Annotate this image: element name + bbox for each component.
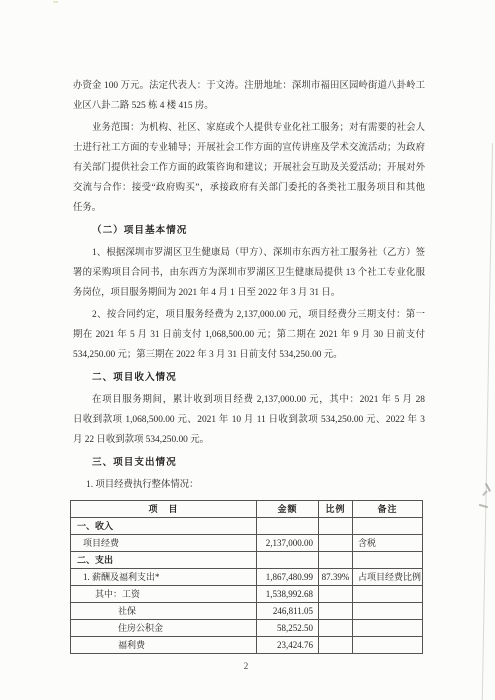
item-cell: 其中：工资	[71, 586, 257, 603]
item-cell: 福利费	[71, 637, 257, 654]
note-cell	[353, 552, 423, 569]
item-cell: 一、收入	[71, 518, 257, 535]
amount-cell: 246,811.05	[257, 603, 319, 620]
text-line: 有关部门提供社会工作方面的政策咨询和建议；开展社会互助及关爱活动；开展对外	[73, 158, 425, 178]
pen-mark-icon	[479, 504, 488, 508]
ratio-cell	[319, 586, 353, 603]
text-line: 业区八卦二路 525 栋 4 楼 415 房。	[73, 96, 425, 116]
note-cell	[353, 620, 423, 637]
item-cell: 住房公积金	[71, 620, 257, 637]
item-cell: 项目经费	[71, 535, 257, 552]
text-line: 日收到款项 1,068,500.00 元、2021 年 10 月 11 日收到款…	[73, 410, 425, 430]
text-line: 任务。	[73, 198, 425, 218]
scan-edge-line	[482, 143, 493, 700]
text-line: 月 22 日收到款项 534,250.00 元。	[73, 430, 425, 450]
item-cell: 社保	[71, 603, 257, 620]
amount-cell: 23,424.76	[257, 637, 319, 654]
amount-cell: 1,538,992.68	[257, 586, 319, 603]
note-cell	[353, 603, 423, 620]
text-line: 署的采购项目合同书，由东西方为深圳市罗湖区卫生健康局提供 13 个社工专业化服	[73, 263, 425, 283]
expenditure-table-wrap: 项 目金额比例备注一、收入项目经费2,137,000.00含税二、支出1. 薪酬…	[70, 500, 425, 654]
ratio-cell	[319, 637, 353, 654]
ratio-cell	[319, 620, 353, 637]
table-row: 社保246,811.05	[71, 603, 423, 620]
text-line: 在项目服务期间，累计收到项目经费 2,137,000.00 元，其中：2021 …	[73, 390, 425, 410]
table-row: 福利费23,424.76	[71, 637, 423, 654]
para-capital-address: 办资金 100 万元。法定代表人：于文涛。注册地址：深圳市福田区园岭街道八卦岭工…	[73, 76, 425, 116]
amount-cell	[257, 552, 319, 569]
table-row: 项目经费2,137,000.00含税	[71, 535, 423, 552]
item-cell: 二、支出	[71, 552, 257, 569]
text-line: 办资金 100 万元。法定代表人：于文涛。注册地址：深圳市福田区园岭街道八卦岭工	[73, 76, 425, 96]
table-row: 1. 薪酬及福利支出*1,867,480.9987.39%占项目经费比例	[71, 569, 423, 586]
table-header-cell: 金额	[257, 501, 319, 518]
para-business-scope: 业务范围：为机构、社区、家庭或个人提供专业化社工服务；对有需要的社会人士进行社工…	[73, 118, 425, 218]
text-line: 交流与合作：接受“政府购买”，承接政府有关部门委托的各类社工服务项目和其他	[73, 178, 425, 198]
text-line: 业务范围：为机构、社区、家庭或个人提供专业化社工服务；对有需要的社会人	[73, 118, 425, 138]
table-row: 住房公积金58,252.50	[71, 620, 423, 637]
ratio-cell	[319, 535, 353, 552]
text-line: 1、根据深圳市罗湖区卫生健康局（甲方）、深圳市东西方社工服务社（乙方）签	[73, 243, 425, 263]
para-income-detail: 在项目服务期间，累计收到项目经费 2,137,000.00 元，其中：2021 …	[73, 390, 425, 450]
heading-project-income: 二、项目收入情况	[73, 368, 425, 388]
heading-project-basic-info: （二）项目基本情况	[73, 221, 425, 241]
ratio-cell: 87.39%	[319, 569, 353, 586]
text-line: 1. 项目经费执行整体情况：	[73, 475, 425, 495]
ratio-cell	[319, 603, 353, 620]
heading-project-expenditure: 三、项目支出情况	[73, 453, 425, 473]
table-header-cell: 比例	[319, 501, 353, 518]
document-content: 办资金 100 万元。法定代表人：于文涛。注册地址：深圳市福田区园岭街道八卦岭工…	[73, 76, 425, 654]
text-line: 2、按合同约定，项目服务经费为 2,137,000.00 元，项目经费分三期支付…	[73, 305, 425, 325]
scanned-document-page: 办资金 100 万元。法定代表人：于文涛。注册地址：深圳市福田区园岭街道八卦岭工…	[0, 0, 495, 700]
note-cell	[353, 586, 423, 603]
text-line: 期在 2021 年 5 月 31 日前支付 1,068,500.00 元；第二期…	[73, 325, 425, 345]
text-line: 534,250.00 元；第三期在 2022 年 3 月 31 日前支付 534…	[73, 345, 425, 365]
text-line: 士进行社工方面的专业辅导；开展社会工作方面的宣传讲座及学术交流活动；为政府	[73, 138, 425, 158]
table-header-row: 项 目金额比例备注	[71, 501, 423, 518]
table-row: 其中：工资1,538,992.68	[71, 586, 423, 603]
ratio-cell	[319, 518, 353, 535]
amount-cell: 58,252.50	[257, 620, 319, 637]
amount-cell: 2,137,000.00	[257, 535, 319, 552]
table-header-cell: 项 目	[71, 501, 257, 518]
expenditure-table: 项 目金额比例备注一、收入项目经费2,137,000.00含税二、支出1. 薪酬…	[70, 500, 423, 654]
text-line: 务岗位，项目服务期间为 2021 年 4 月 1 日至 2022 年 3 月 3…	[73, 283, 425, 303]
note-cell	[353, 637, 423, 654]
scan-speck	[53, 1, 58, 3]
table-row: 一、收入	[71, 518, 423, 535]
note-cell: 含税	[353, 535, 423, 552]
para-table-caption: 1. 项目经费执行整体情况：	[73, 475, 425, 495]
table-row: 二、支出	[71, 552, 423, 569]
para-contract: 1、根据深圳市罗湖区卫生健康局（甲方）、深圳市东西方社工服务社（乙方）签署的采购…	[73, 243, 425, 303]
amount-cell	[257, 518, 319, 535]
amount-cell: 1,867,480.99	[257, 569, 319, 586]
note-cell: 占项目经费比例	[353, 569, 423, 586]
item-cell: 1. 薪酬及福利支出*	[71, 569, 257, 586]
table-header-cell: 备注	[353, 501, 423, 518]
para-payment-terms: 2、按合同约定，项目服务经费为 2,137,000.00 元，项目经费分三期支付…	[73, 305, 425, 365]
ratio-cell	[319, 552, 353, 569]
note-cell	[353, 518, 423, 535]
page-number: 2	[236, 661, 256, 671]
